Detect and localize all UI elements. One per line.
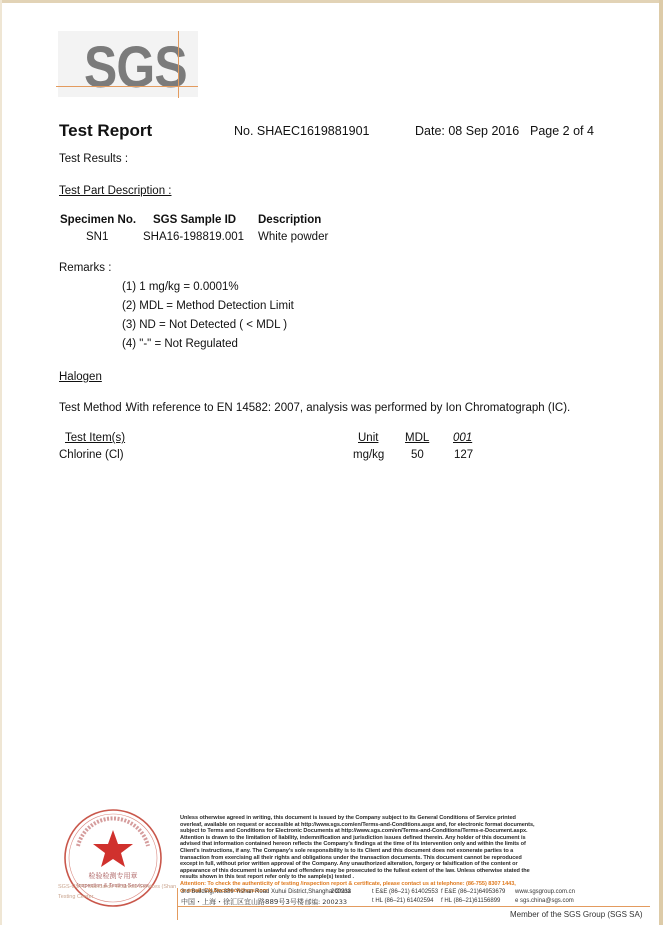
authenticity-attention: Attention: To check the authenticity of …: [180, 881, 650, 888]
disclaimer-line: Client's instructions, if any. The Compa…: [180, 848, 650, 855]
col-description: Description: [258, 214, 321, 226]
disclaimer-line: subject to Terms and Conditions for Elec…: [180, 828, 650, 835]
website-link[interactable]: www.sgsgroup.com.cn: [515, 889, 575, 895]
disclaimer-line: appearance of this document is unlawful …: [180, 868, 650, 875]
legal-disclaimer: Unless otherwise agreed in writing, this…: [180, 815, 650, 894]
specimen-no: SN1: [86, 231, 108, 243]
disclaimer-line: Attention is drawn to the limitation of …: [180, 835, 650, 842]
report-number: No. SHAEC1619881901: [234, 124, 370, 138]
stamp-caption-line2: Testing Center: [58, 892, 176, 902]
col-mdl: MDL: [405, 432, 429, 444]
test-method-label: Test Method :: [59, 402, 128, 414]
remark-item: (3) ND = Not Detected ( < MDL ): [122, 319, 287, 331]
disclaimer-line: except in full, without prior written ap…: [180, 861, 650, 868]
address-en: 3rd Building,No.889 Yishan Road Xuhui Di…: [181, 889, 351, 895]
report-date: Date: 08 Sep 2016: [415, 124, 519, 138]
col-sgs-sample-id: SGS Sample ID: [153, 214, 236, 226]
stamp-caption: SGS-CSTC Standards Technical Services (S…: [58, 882, 176, 902]
col-unit: Unit: [358, 432, 378, 444]
col-test-items: Test Item(s): [65, 432, 125, 444]
sgs-logo: SGS: [58, 30, 200, 100]
logo-vertical-rule: [178, 31, 179, 98]
logo-horizontal-rule: [56, 86, 198, 87]
disclaimer-line: transaction from exercising all their ri…: [180, 855, 650, 862]
stamp-caption-line1: SGS-CSTC Standards Technical Services (S…: [58, 882, 176, 892]
logo-text: SGS: [84, 38, 187, 98]
disclaimer-line: results shown in this test report refer …: [180, 874, 650, 881]
sample-id: SHA16-198819.001: [143, 231, 244, 243]
page-edge-left: [0, 0, 2, 925]
page-number: Page 2 of 4: [530, 124, 594, 138]
star-icon: [93, 830, 133, 867]
sample-description: White powder: [258, 231, 328, 243]
disclaimer-line: overleaf, available on request or access…: [180, 822, 650, 829]
address-vertical-rule: [177, 888, 178, 920]
telephone-hl: t HL (86–21) 61402594: [372, 898, 434, 904]
address-horizontal-rule: [177, 906, 650, 907]
test-part-heading: Test Part Description :: [59, 185, 171, 197]
report-title: Test Report: [59, 121, 152, 141]
result-unit: mg/kg: [353, 449, 384, 461]
page-edge-right: [659, 0, 663, 925]
col-specimen-no: Specimen No.: [60, 214, 136, 226]
result-mdl: 50: [411, 449, 424, 461]
fax-ee: f E&E (86–21)64953679: [441, 889, 505, 895]
remark-item: (2) MDL = Method Detection Limit: [122, 300, 294, 312]
test-item: Chlorine (Cl): [59, 449, 124, 461]
test-results-label: Test Results :: [59, 153, 128, 165]
result-value: 127: [454, 449, 473, 461]
fax-hl: f HL (86–21)61156899: [441, 898, 500, 904]
postcode-cn: 邮编: 200233: [305, 897, 347, 906]
halogen-heading: Halogen: [59, 371, 102, 383]
sgs-group-member: Member of the SGS Group (SGS SA): [510, 910, 643, 919]
remark-item: (4) "-" = Not Regulated: [122, 338, 238, 350]
postcode-en: 200233: [331, 889, 351, 895]
email-link[interactable]: e sgs.china@sgs.com: [515, 898, 574, 904]
svg-text:检验检测专用章: 检验检测专用章: [89, 871, 138, 880]
disclaimer-line: Unless otherwise agreed in writing, this…: [180, 815, 650, 822]
telephone-ee: t E&E (86–21) 61402553: [372, 889, 438, 895]
col-sample-001: 001: [453, 432, 472, 444]
page-edge-top: [0, 0, 663, 3]
remarks-label: Remarks :: [59, 262, 111, 274]
remark-item: (1) 1 mg/kg = 0.0001%: [122, 281, 239, 293]
test-method-text: With reference to EN 14582: 2007, analys…: [126, 402, 570, 414]
disclaimer-line: advised that information contained hereo…: [180, 841, 650, 848]
